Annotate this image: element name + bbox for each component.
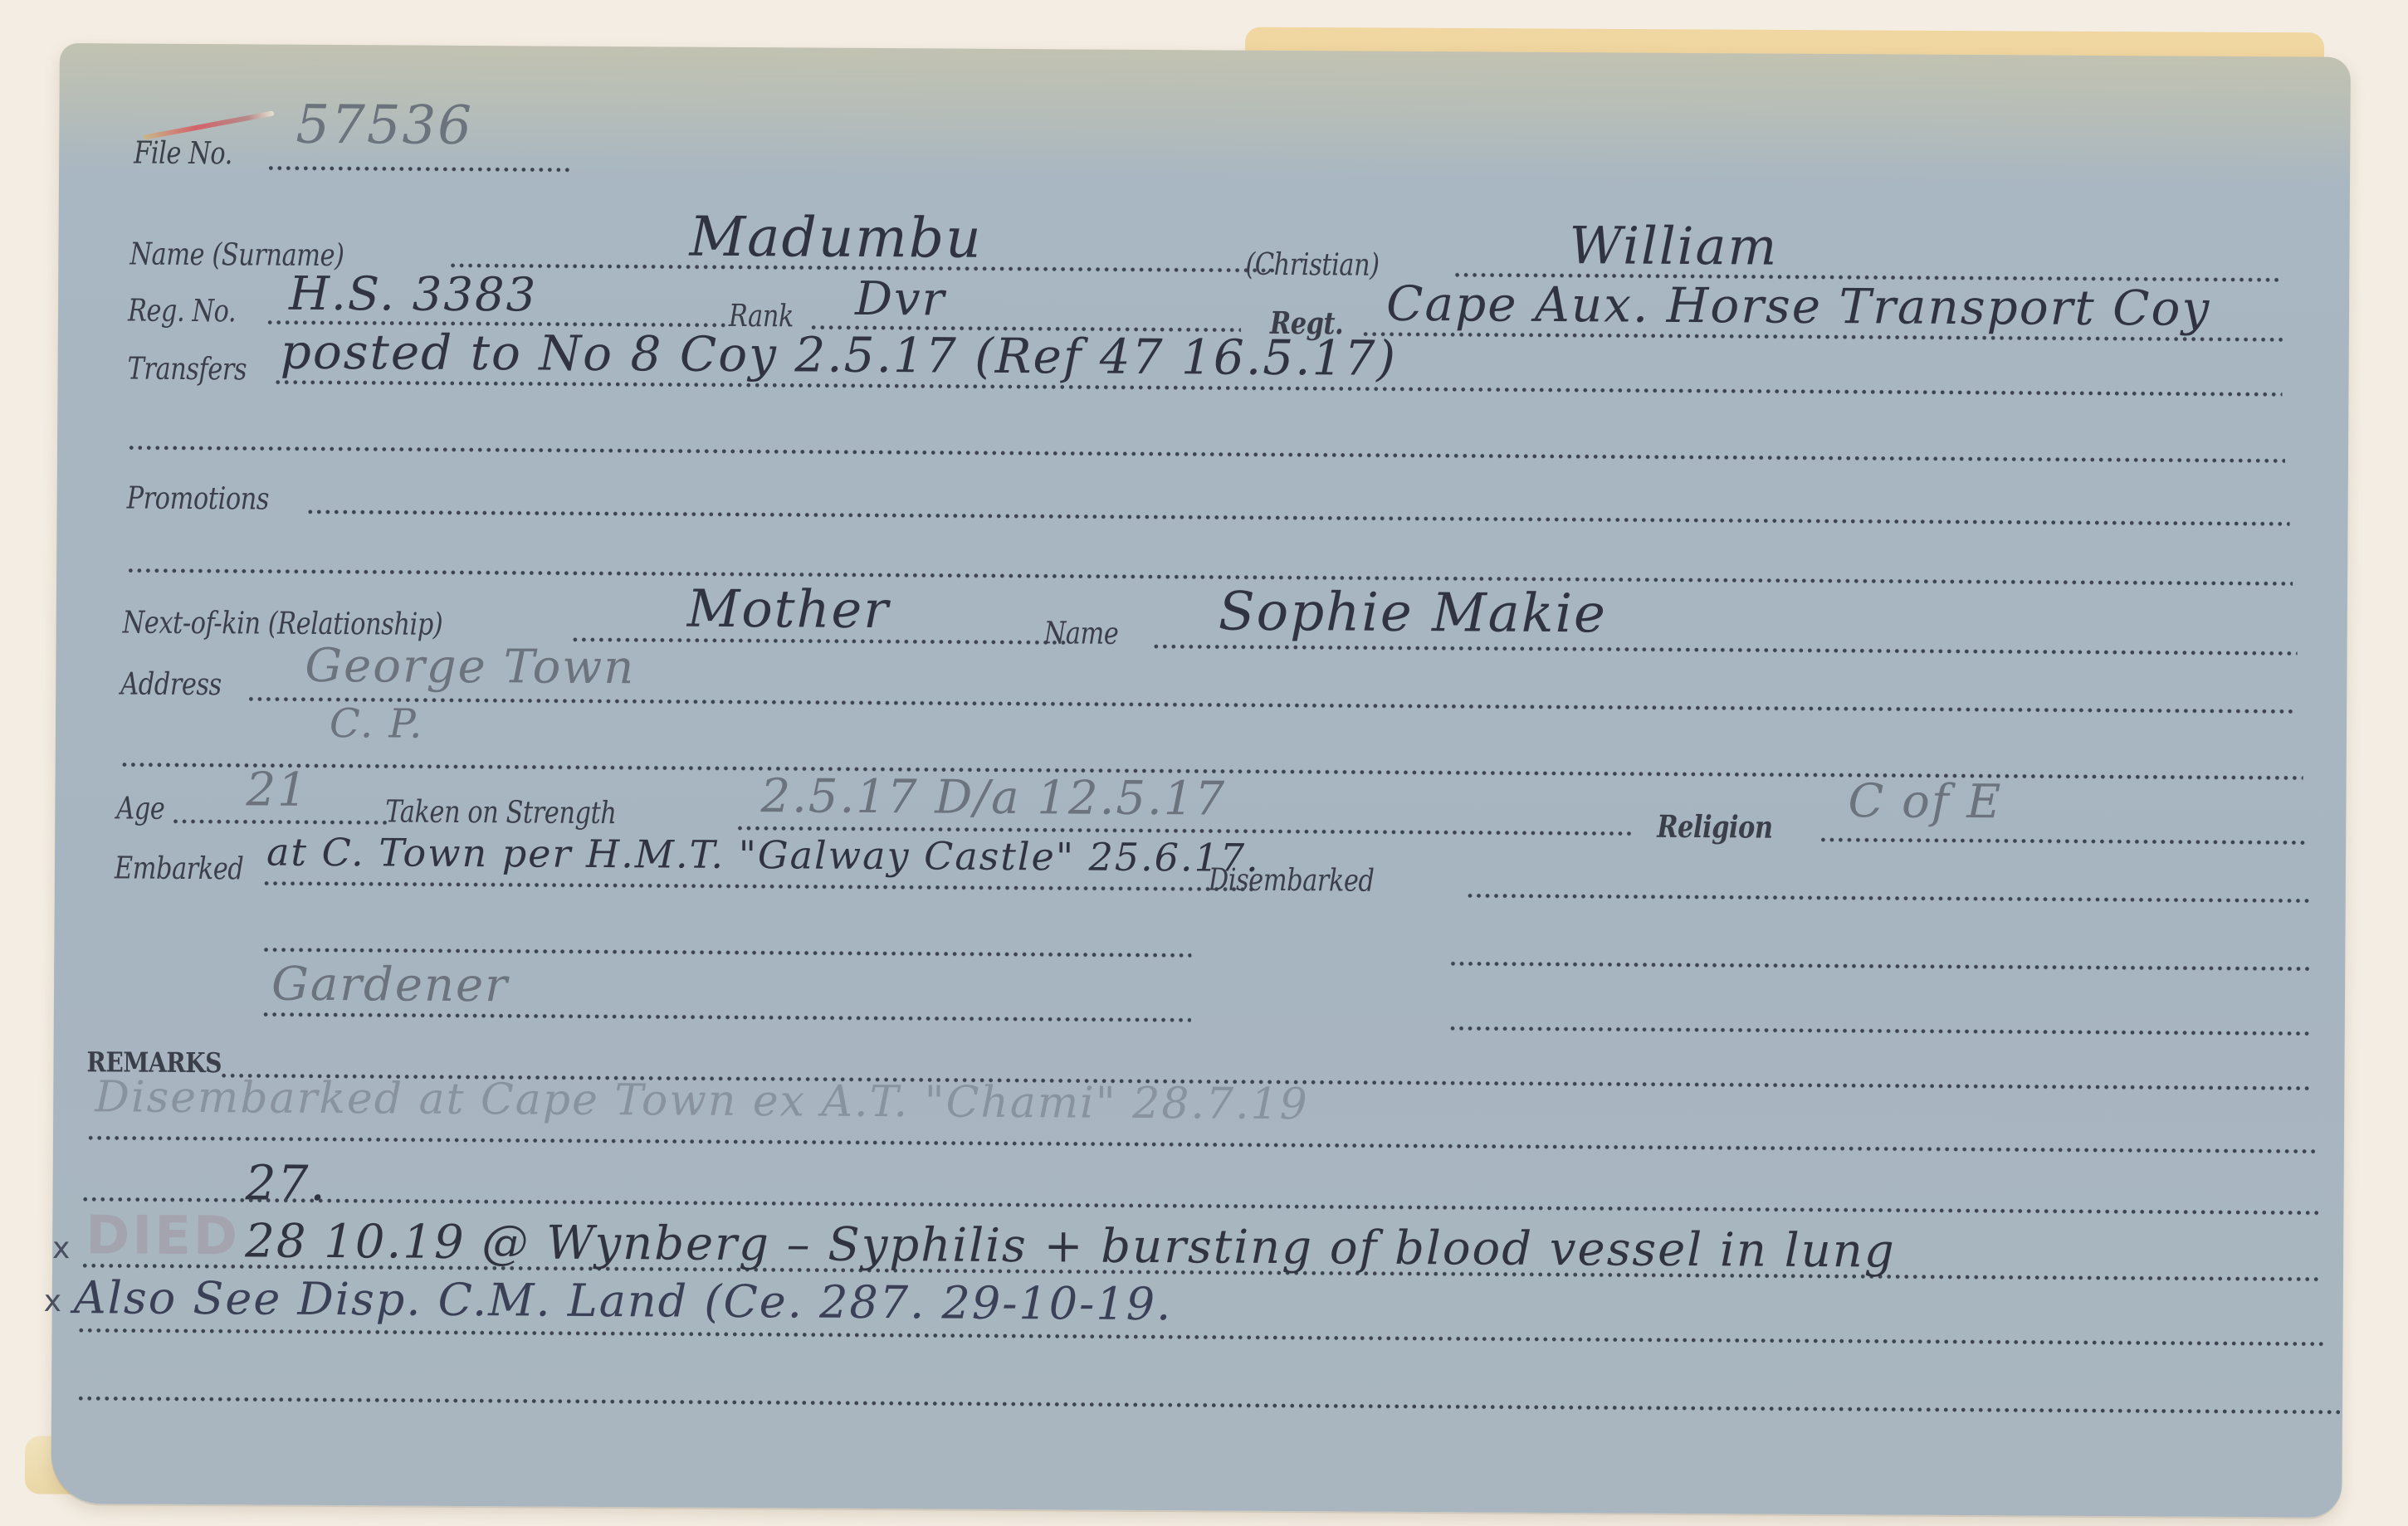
- dotted-line: [262, 881, 1258, 892]
- service-record-card: File No. 57536 Name (Surname) Madumbu (C…: [51, 43, 2351, 1518]
- dotted-line: [247, 696, 2297, 714]
- x-mark: x: [52, 1231, 71, 1265]
- taken-on-strength-value: 2.5.17 D/a 12.5.17: [760, 769, 1226, 826]
- age-value: 21: [246, 763, 309, 817]
- dotted-line: [1466, 893, 2313, 903]
- surname-value: Madumbu: [689, 205, 982, 271]
- relationship-label: Next-of-kin (Relationship): [123, 604, 443, 641]
- address-line1: George Town: [305, 639, 635, 695]
- taken-on-strength-label: Taken on Strength: [385, 793, 616, 831]
- dotted-line: [76, 1396, 2342, 1415]
- disembarked-label: Disembarked: [1209, 861, 1375, 898]
- remarks-faded-line: Disembarked at Cape Town ex A.T. "Chami"…: [95, 1072, 1309, 1129]
- died-line: 28 10.19 @ Wynberg – Syphilis + bursting…: [245, 1214, 1896, 1278]
- address-line2: C. P.: [330, 700, 424, 748]
- dotted-line: [81, 1197, 2322, 1215]
- file-no-value: 57536: [296, 95, 473, 157]
- occupation-value: Gardener: [271, 958, 509, 1013]
- religion-value: C of E: [1848, 774, 2002, 829]
- dotted-line: [171, 819, 387, 826]
- kin-name-value: Sophie Makie: [1219, 582, 1608, 646]
- reg-no-value: H.S. 3383: [289, 267, 538, 323]
- age-label: Age: [116, 790, 164, 826]
- dotted-line: [77, 1328, 2327, 1347]
- dotted-line: [1152, 644, 2298, 656]
- dotted-line: [261, 1012, 1191, 1023]
- dotted-line: [1819, 837, 2308, 846]
- dotted-line: [126, 568, 2293, 587]
- dotted-line: [266, 166, 574, 173]
- see-also-line: Also See Disp. C.M. Land (Ce. 287. 29-10…: [74, 1271, 1173, 1330]
- relationship-value: Mother: [687, 578, 890, 640]
- dotted-line: [1448, 961, 2312, 971]
- promotions-label: Promotions: [127, 480, 270, 517]
- kin-name-label: Name: [1044, 615, 1119, 651]
- dotted-line: [261, 948, 1191, 958]
- religion-label: Religion: [1657, 808, 1773, 846]
- address-label: Address: [120, 665, 222, 702]
- file-no-label: File No.: [134, 135, 232, 172]
- reg-no-label: Reg. No.: [128, 293, 236, 329]
- embarked-label: Embarked: [115, 850, 244, 886]
- christian-label: (Christian): [1245, 246, 1379, 283]
- died-stamp: DIED: [85, 1205, 240, 1267]
- regt-value: Cape Aux. Horse Transport Coy: [1386, 275, 2211, 337]
- transfers-label: Transfers: [127, 351, 247, 388]
- x-mark: x: [44, 1285, 62, 1319]
- dotted-line: [1448, 1026, 2312, 1036]
- christian-value: William: [1569, 215, 1778, 277]
- dotted-line: [86, 1135, 2319, 1153]
- rank-value: Dvr: [855, 272, 946, 327]
- transfers-value: posted to No 8 Coy 2.5.17 (Ref 47 16.5.1…: [281, 324, 1398, 387]
- dotted-line: [306, 509, 2290, 527]
- embarked-value: at C. Town per H.M.T. "Galway Castle" 25…: [266, 830, 1260, 880]
- dotted-line: [127, 446, 2285, 464]
